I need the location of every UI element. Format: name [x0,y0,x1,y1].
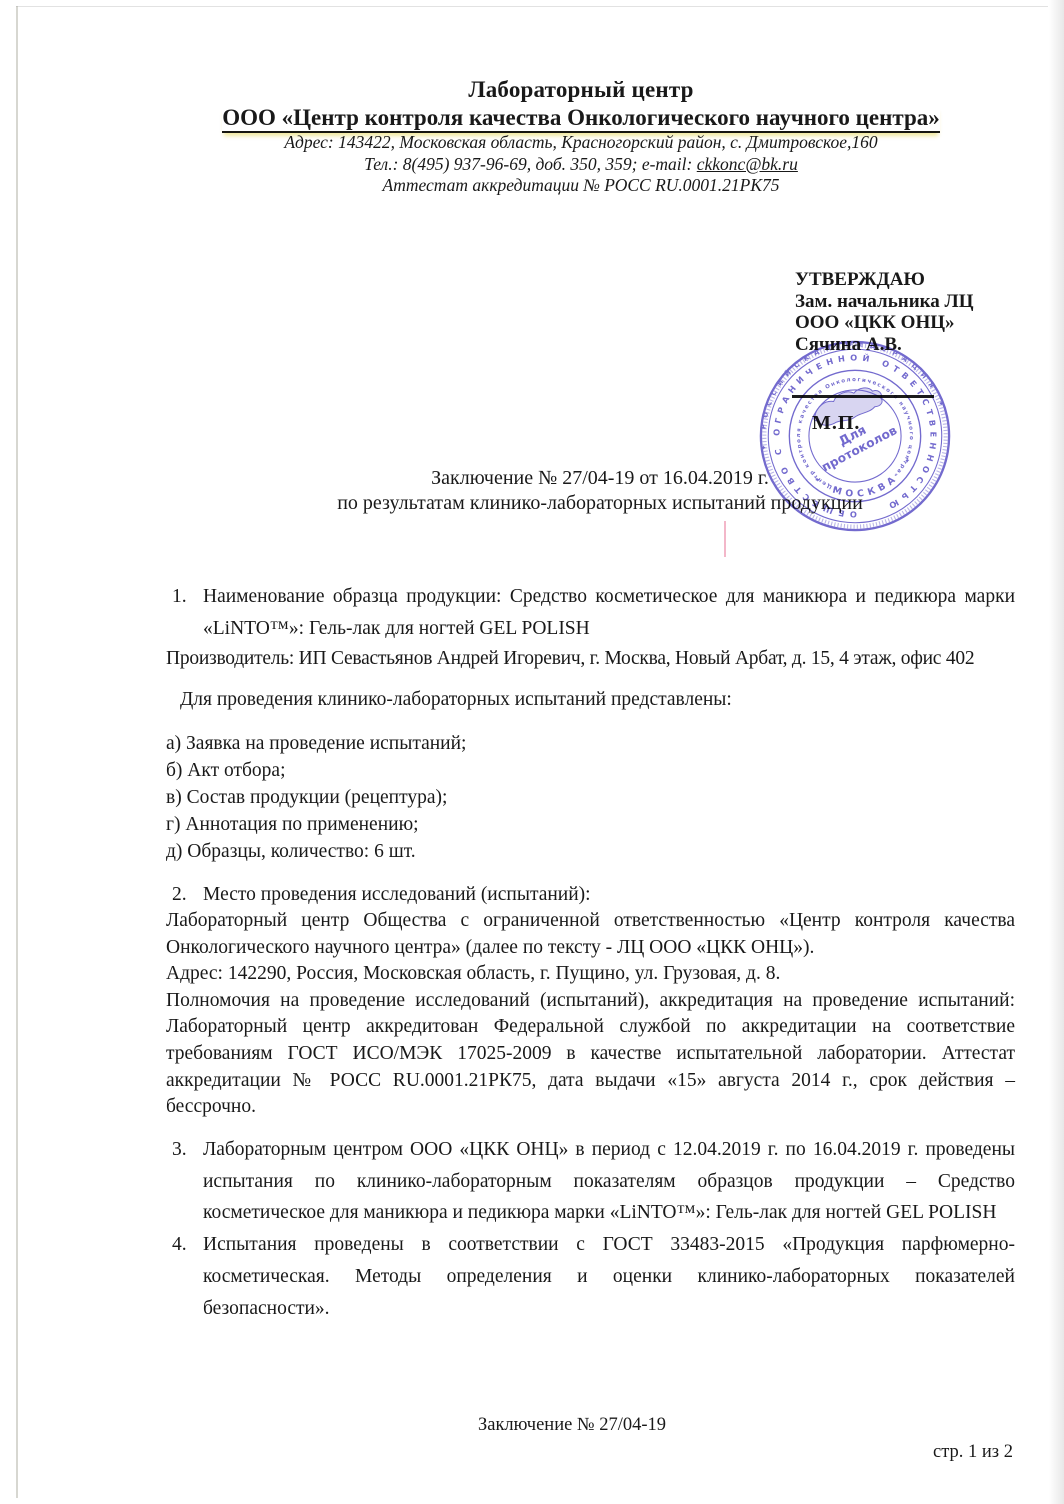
item-2-paragraph-2: Адрес: 142290, Россия, Московская област… [166,961,1015,988]
letterhead-org-name-text: ООО «Центр контроля качества Онкологичес… [222,105,940,133]
letterhead-address: Адрес: 143422, Московская область, Красн… [151,132,1011,154]
document-title: Заключение № 27/04-19 от 16.04.2019 г. п… [166,466,1034,515]
approval-org: ООО «ЦКК ОНЦ» [795,312,974,334]
item-2-paragraph-1: Лабораторный центр Общества с ограниченн… [166,908,1015,961]
provided-item-v: в) Состав продукции (рецептура); [166,784,1015,811]
approval-block: УТВЕРЖДАЮ Зам. начальника ЛЦ ООО «ЦКК ОН… [795,269,974,355]
approval-approve-word: УТВЕРЖДАЮ [795,269,974,291]
letterhead: Лабораторный центр ООО «Центр контроля к… [151,78,1011,197]
item-2-heading: 2. Место проведения исследований (испыта… [166,881,1015,908]
footer-doc-reference: Заключение № 27/04-19 [166,1415,978,1436]
letterhead-phone-text: Тел.: 8(495) 937-96-69, доб. 350, 359; e… [364,154,697,174]
item-1: 1. Наименование образца продукции: Средс… [166,581,1015,644]
letterhead-phone: Тел.: 8(495) 937-96-69, доб. 350, 359; e… [151,154,1011,176]
letterhead-accreditation: Аттестат аккредитации № РОСС RU.0001.21Р… [151,175,1011,197]
item-2-number: 2. [172,881,187,908]
document-body: 1. Наименование образца продукции: Средс… [166,581,1015,1325]
provided-intro: Для проведения клинико-лабораторных испы… [166,686,1015,713]
scan-edge-right [1049,0,1064,1504]
manufacturer-line: Производитель: ИП Севастьянов Андрей Иго… [166,645,1015,673]
signature-line [792,395,934,398]
provided-list: а) Заявка на проведение испытаний; б) Ак… [166,730,1015,865]
item-3-number: 3. [172,1134,187,1166]
footer-page-indicator: стр. 1 из 2 [933,1442,1013,1463]
item-4-text: Испытания проведены в соответствии с ГОС… [203,1234,1015,1319]
provided-item-b: б) Акт отбора; [166,757,1015,784]
approval-signer-name: Сячина А.В. [795,334,974,356]
document-title-line1: Заключение № 27/04-19 от 16.04.2019 г. [166,466,1034,491]
scan-edge-left [16,6,18,1498]
provided-item-g: г) Аннотация по применению; [166,811,1015,838]
provided-item-d: д) Образцы, количество: 6 шт. [166,838,1015,865]
scan-artifact-pink [724,521,726,557]
document-page: Лабораторный центр ООО «Центр контроля к… [0,0,1064,1504]
item-4: 4. Испытания проведены в соответствии с … [166,1229,1015,1324]
item-4-number: 4. [172,1229,187,1261]
approval-position: Зам. начальника ЛЦ [795,291,974,313]
document-title-line2: по результатам клинико-лабораторных испы… [166,491,1034,516]
stamp-place-mark: М.П. [812,412,860,435]
item-1-text: Наименование образца продукции: Средство… [203,586,1015,639]
provided-item-a: а) Заявка на проведение испытаний; [166,730,1015,757]
item-2-paragraph-3: Полномочия на проведение исследований (и… [166,988,1015,1121]
item-3-text: Лабораторным центром ООО «ЦКК ОНЦ» в пер… [203,1139,1015,1224]
letterhead-title: Лабораторный центр [151,78,1011,102]
item-2-heading-text: Место проведения исследований (испытаний… [203,884,591,905]
item-1-number: 1. [172,581,187,613]
letterhead-org-name: ООО «Центр контроля качества Онкологичес… [151,103,1011,132]
letterhead-email: ckkonc@bk.ru [697,154,798,174]
item-3: 3. Лабораторным центром ООО «ЦКК ОНЦ» в … [166,1134,1015,1229]
stamp-star-icon: ✦ [904,456,912,465]
scan-edge-top [16,6,1048,7]
